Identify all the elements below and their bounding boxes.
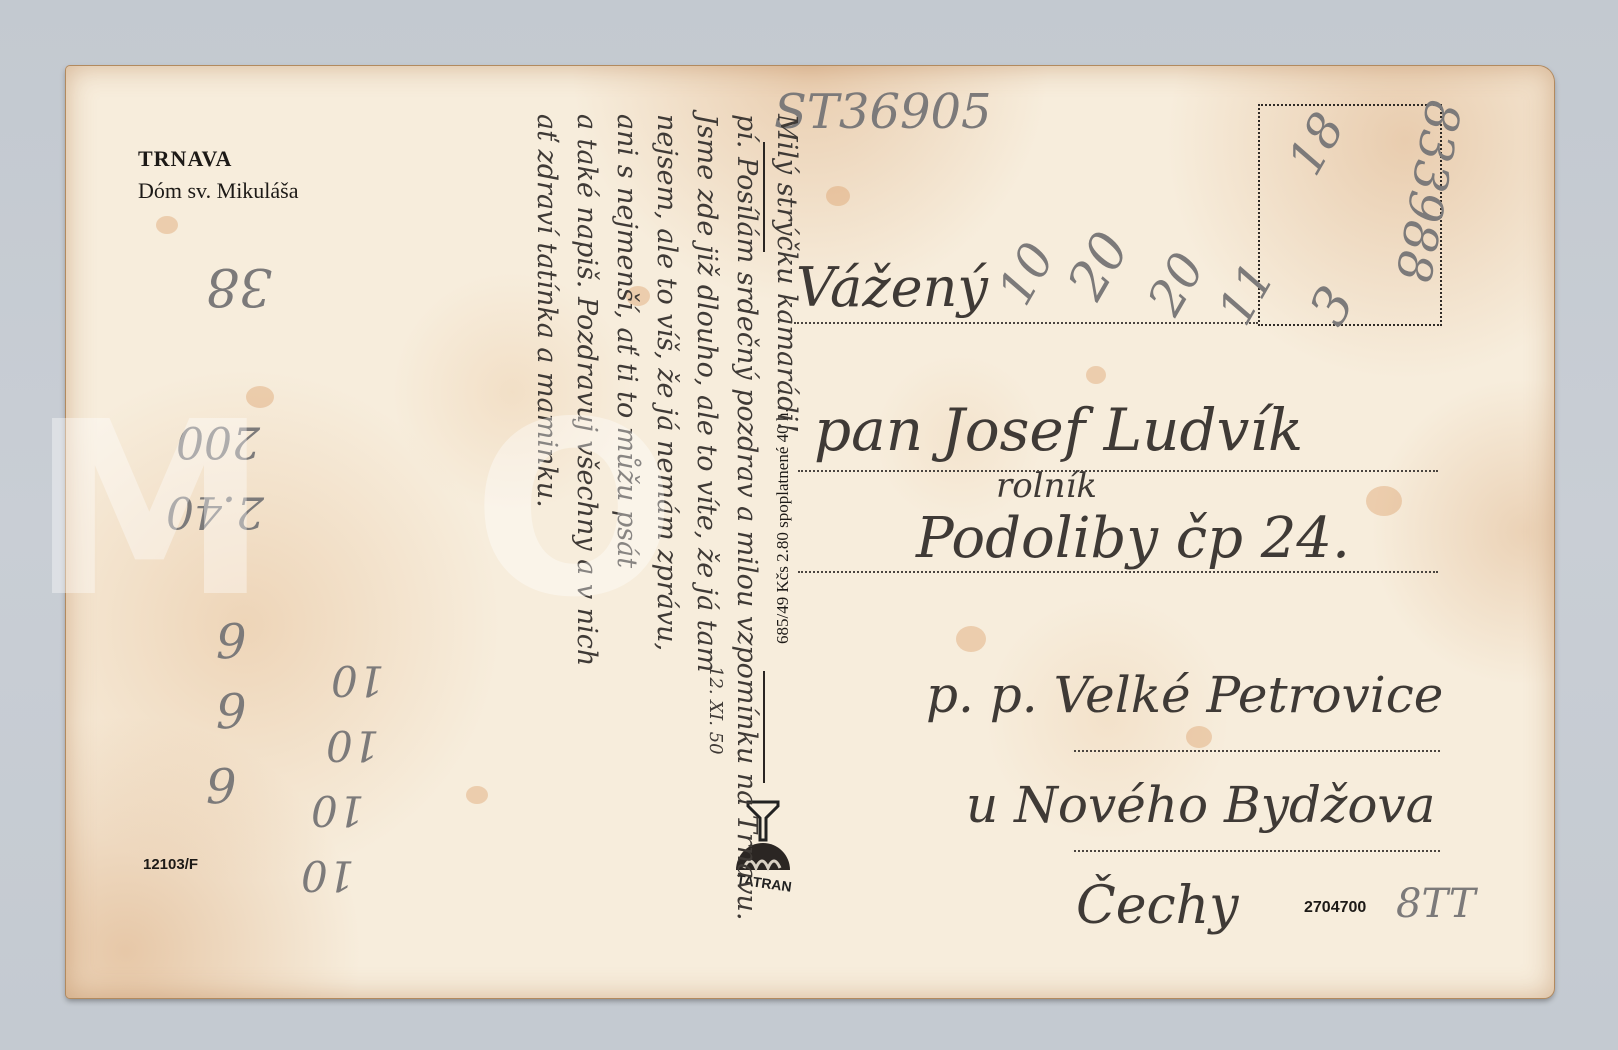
pencil-note: 20 [1057, 222, 1142, 309]
pencil-note: 38 [206, 256, 272, 316]
address-country: Čechy [1076, 876, 1239, 936]
address-salutation: Vážený [796, 256, 988, 319]
message-line: ať zdraví tatínka a maminku. [526, 114, 566, 964]
foxing-spot [1186, 726, 1212, 748]
postcard-back: TRNAVA Dóm sv. Mikuláša 12103/F 2704700 … [66, 66, 1554, 998]
message-line: nejsem, ale to víš, že já nemám zprávu, [646, 114, 686, 964]
pencil-note: 8TT [1396, 881, 1476, 927]
pencil-note: 6 [216, 611, 247, 667]
address-line-1 [794, 322, 1258, 324]
address-line-3 [798, 571, 1438, 573]
foxing-spot [826, 186, 850, 206]
foxing-spot [156, 216, 178, 234]
pencil-note: 20 [1137, 244, 1216, 325]
message-line: a také napiš. Pozdravuj všechny a v nich [566, 114, 606, 964]
message-line: pí. Posílám srdečný pozdrav a milou vzpo… [726, 114, 766, 964]
message-line: Milý strýčku kamarádi! [766, 114, 806, 964]
pencil-note: 10 [987, 234, 1066, 315]
address-line-4 [1074, 750, 1440, 752]
pencil-note: 10 [311, 786, 364, 835]
print-number: 2704700 [1304, 899, 1366, 917]
card-title: TRNAVA [138, 146, 232, 172]
foxing-spot [1086, 366, 1106, 384]
card-subtitle: Dóm sv. Mikuláša [138, 178, 299, 204]
message-line: Jsme zde již dlouho, ale to víte, že já … [686, 114, 726, 964]
pencil-note: 6 [206, 756, 237, 812]
address-name: pan Josef Ludvík [814, 396, 1303, 464]
message-line: ani s nejmenší, ať ti to můžu psát [606, 114, 646, 964]
foxing-spot [956, 626, 986, 652]
pencil-note: 200 [176, 416, 260, 467]
foxing-spot [1366, 486, 1402, 516]
handwritten-message: Milý strýčku kamarádi! pí. Posílám srdeč… [426, 114, 806, 964]
address-post: p. p. Velké Petrovice [926, 666, 1443, 724]
pencil-note: 6 [216, 681, 247, 737]
pencil-note: 2.40 [166, 486, 264, 537]
address-occupation: rolník [996, 466, 1097, 506]
pencil-note: 10 [331, 656, 384, 705]
pencil-note: 10 [326, 721, 379, 770]
address-region: u Nového Bydžova [966, 776, 1435, 834]
address-line-5 [1074, 850, 1440, 852]
address-line-2 [798, 470, 1438, 472]
series-code: 12103/F [143, 856, 198, 873]
inventory-code: ST36905 [774, 84, 992, 140]
pencil-note: 10 [301, 851, 354, 900]
foxing-spot [246, 386, 274, 408]
address-street: Podoliby čp 24. [916, 506, 1350, 571]
